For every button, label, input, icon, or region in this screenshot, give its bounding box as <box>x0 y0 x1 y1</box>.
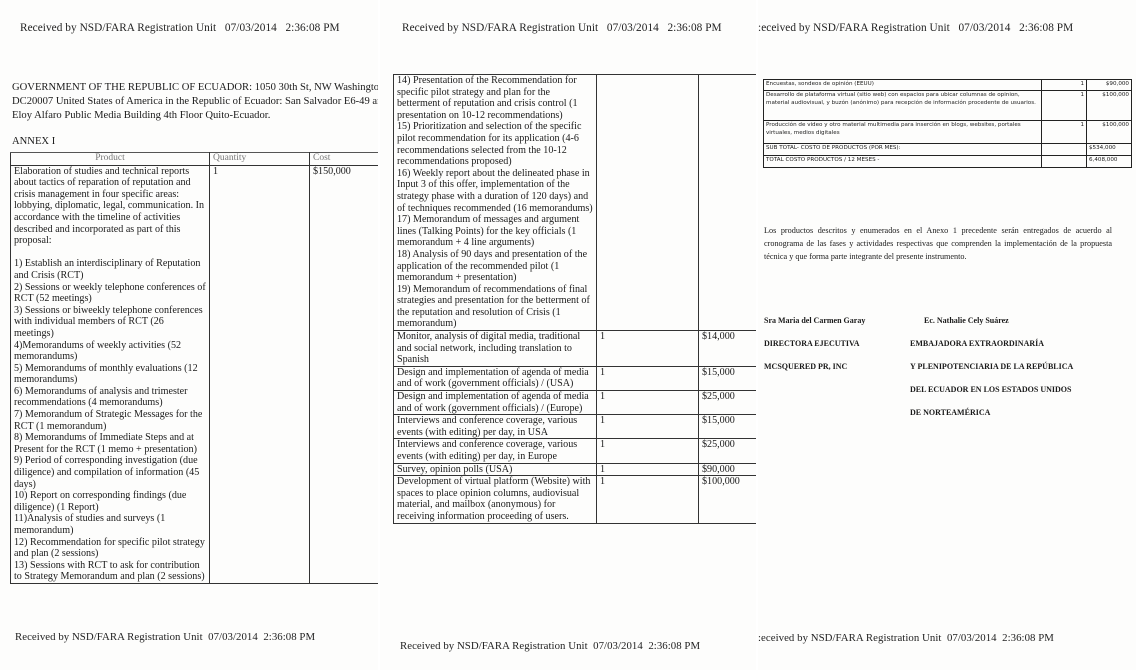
fara-received-stamp-footer: :eceived by NSD/FARA Registration Unit 0… <box>758 632 1054 644</box>
quantity-cell: 1 <box>597 331 699 367</box>
fara-received-stamp-footer: Received by NSD/FARA Registration Unit 0… <box>15 631 315 643</box>
stamp-time: 2:36:08 PM <box>667 22 721 34</box>
cost-cell: $25,000 <box>699 391 757 415</box>
product-cell: Interviews and conference coverage, vari… <box>394 439 597 463</box>
activity-item: 7) Memorandum of Strategic Messages for … <box>14 409 206 432</box>
signatory-title: Y PLENIPOTENCIARIA DE LA REPÚBLICA <box>910 362 1073 385</box>
document-page-2: Received by NSD/FARA Registration Unit 0… <box>380 0 756 670</box>
stamp-text: Received by NSD/FARA Registration Unit <box>402 22 598 34</box>
quantity-cell: 1 <box>597 476 699 523</box>
fara-received-stamp-footer: Received by NSD/FARA Registration Unit 0… <box>400 640 700 652</box>
product-cell: Interviews and conference coverage, vari… <box>394 415 597 439</box>
table-row-continued: 14) Presentation of the Recommendation f… <box>394 75 757 331</box>
activity-item: 9) Period of corresponding investigation… <box>14 455 206 490</box>
stamp-date: 07/03/2014 <box>225 22 277 34</box>
subtotal-row: SUB TOTAL- COSTO DE PRODUCTOS (POR MES):… <box>764 144 1132 156</box>
table-row: Design and implementation of agenda of m… <box>394 366 757 390</box>
total-value: 6,408,000 <box>1087 156 1132 168</box>
subtotal-value: $534,000 <box>1087 144 1132 156</box>
stamp-text: :eceived by NSD/FARA Registration Unit <box>758 22 950 34</box>
product-cell: Encuestas, sondeos de opinión (EEUU) <box>764 80 1042 91</box>
document-page-3: :eceived by NSD/FARA Registration Unit 0… <box>758 0 1136 670</box>
quantity-cell: 1 <box>1042 121 1087 144</box>
empty-cell <box>1042 144 1087 156</box>
product-cell: Design and implementation of agenda of m… <box>394 391 597 415</box>
product-cell: Development of virtual platform (Website… <box>394 476 597 523</box>
stamp-text: Received by NSD/FARA Registration Unit <box>15 631 203 643</box>
annex-table-continued: 14) Presentation of the Recommendation f… <box>393 74 756 524</box>
signatory-name: Sra Maria del Carmen Garay <box>764 316 865 339</box>
stamp-time: 2:36:08 PM <box>648 640 700 652</box>
product-cell: Desarrollo de plataforma virtual (sitio … <box>764 91 1042 121</box>
cost-cell: $25,000 <box>699 439 757 463</box>
activity-item: 15) Prioritization and selection of the … <box>397 121 593 167</box>
header-line: Eloy Alfaro Public Media Building 4th Fl… <box>12 109 378 123</box>
fara-received-stamp: Received by NSD/FARA Registration Unit 0… <box>20 22 340 34</box>
stamp-time: 2:36:08 PM <box>263 631 315 643</box>
table-row: Development of virtual platform (Website… <box>394 476 757 523</box>
closing-paragraph: Los productos descritos y enumerados en … <box>764 224 1112 263</box>
fara-received-stamp: Received by NSD/FARA Registration Unit 0… <box>402 22 722 34</box>
stamp-time: 2:36:08 PM <box>1002 632 1054 644</box>
government-address-header: GOVERNMENT OF THE REPUBLIC OF ECUADOR: 1… <box>12 81 378 124</box>
activity-list: 1) Establish an interdisciplinary of Rep… <box>14 258 206 583</box>
stamp-text: Received by NSD/FARA Registration Unit <box>400 640 588 652</box>
product-description: Elaboration of studies and technical rep… <box>14 166 206 247</box>
signatory-title: EMBAJADORA EXTRAORDINARÍA <box>910 339 1073 362</box>
header-line: DC20007 United States of America in the … <box>12 95 378 109</box>
document-page-1: Received by NSD/FARA Registration Unit 0… <box>0 0 378 670</box>
activity-item: 8) Memorandums of Immediate Steps and at… <box>14 432 206 455</box>
stamp-date: 07/03/2014 <box>593 640 643 652</box>
signatory-title: DIRECTORA EJECUTIVA <box>764 339 865 362</box>
quantity-cell: 1 <box>597 366 699 390</box>
cost-cell: $15,000 <box>699 415 757 439</box>
product-cell: 14) Presentation of the Recommendation f… <box>394 75 597 331</box>
signatory-title: DE NORTEAMÉRICA <box>910 408 1073 431</box>
header-line: GOVERNMENT OF THE REPUBLIC OF ECUADOR: 1… <box>12 81 378 95</box>
stamp-date: 07/03/2014 <box>958 22 1010 34</box>
activity-item: 19) Memorandum of recommendations of fin… <box>397 284 593 330</box>
cost-cell: $100,000 <box>1087 121 1132 144</box>
cost-cell: $150,000 <box>310 165 379 583</box>
cost-cell: $14,000 <box>699 331 757 367</box>
quantity-cell: 1 <box>597 391 699 415</box>
cost-cell: $15,000 <box>699 366 757 390</box>
column-header-product: Product <box>11 153 210 166</box>
annex-title: ANNEX I <box>12 136 55 147</box>
cost-cell: $90,000 <box>1087 80 1132 91</box>
activity-item: 2) Sessions or weekly telephone conferen… <box>14 282 206 305</box>
quantity-cell: 1 <box>210 165 310 583</box>
quantity-cell: 1 <box>597 439 699 463</box>
product-cell: Survey, opinion polls (USA) <box>394 463 597 476</box>
quantity-cell: 1 <box>1042 80 1087 91</box>
subtotal-label: SUB TOTAL- COSTO DE PRODUCTOS (POR MES): <box>764 144 1042 156</box>
signatory-block-right: Ec. Nathalie Cely Suárez EMBAJADORA EXTR… <box>910 316 1073 431</box>
activity-item: 5) Memorandums of monthly evaluations (1… <box>14 363 206 386</box>
table-row: Design and implementation of agenda of m… <box>394 391 757 415</box>
annex-table: Product Quantity Cost Elaboration of stu… <box>10 152 378 584</box>
stamp-date: 07/03/2014 <box>208 631 258 643</box>
stamp-time: 2:36:08 PM <box>1019 22 1073 34</box>
quantity-cell: 1 <box>597 463 699 476</box>
product-cell: Design and implementation of agenda of m… <box>394 366 597 390</box>
column-header-cost: Cost <box>310 153 379 166</box>
total-row: TOTAL COSTO PRODUCTOS / 12 MESES - 6,408… <box>764 156 1132 168</box>
stamp-date: 07/03/2014 <box>947 632 997 644</box>
activity-item: 3) Sessions or biweekly telephone confer… <box>14 305 206 340</box>
fara-received-stamp: :eceived by NSD/FARA Registration Unit 0… <box>758 22 1073 34</box>
signatory-name: Ec. Nathalie Cely Suárez <box>910 316 1073 339</box>
stamp-date: 07/03/2014 <box>607 22 659 34</box>
empty-cell <box>1042 156 1087 168</box>
cost-cell: $100,000 <box>1087 91 1132 121</box>
table-row: Survey, opinion polls (USA)1$90,000 <box>394 463 757 476</box>
activity-item: 13) Sessions with RCT to ask for contrib… <box>14 560 206 583</box>
activity-item: 14) Presentation of the Recommendation f… <box>397 75 593 121</box>
stamp-text: :eceived by NSD/FARA Registration Unit <box>758 632 941 644</box>
column-header-quantity: Quantity <box>210 153 310 166</box>
stamp-time: 2:36:08 PM <box>285 22 339 34</box>
activity-item: 17) Memorandum of messages and argument … <box>397 214 593 249</box>
activity-item: 12) Recommendation for specific pilot st… <box>14 537 206 560</box>
table-row: Elaboration of studies and technical rep… <box>11 165 379 583</box>
activity-item: 10) Report on corresponding findings (du… <box>14 490 206 513</box>
stamp-text: Received by NSD/FARA Registration Unit <box>20 22 216 34</box>
total-label: TOTAL COSTO PRODUCTOS / 12 MESES - <box>764 156 1042 168</box>
product-cell: Producción de video y otro material mult… <box>764 121 1042 144</box>
quantity-cell <box>597 75 699 331</box>
signatory-title: DEL ECUADOR EN LOS ESTADOS UNIDOS <box>910 385 1073 408</box>
table-row: Monitor, analysis of digital media, trad… <box>394 331 757 367</box>
cost-cell: $90,000 <box>699 463 757 476</box>
quantity-cell: 1 <box>1042 91 1087 121</box>
signatory-organization: MCSQUERED PR, INC <box>764 362 865 385</box>
activity-item: 1) Establish an interdisciplinary of Rep… <box>14 258 206 281</box>
table-row: Desarrollo de plataforma virtual (sitio … <box>764 91 1132 121</box>
table-row: Producción de video y otro material mult… <box>764 121 1132 144</box>
activity-item: 11)Analysis of studies and surveys (1 me… <box>14 513 206 536</box>
activity-item: 18) Analysis of 90 days and presentation… <box>397 249 593 284</box>
cost-cell: $100,000 <box>699 476 757 523</box>
table-header-row: Product Quantity Cost <box>11 153 379 166</box>
cost-cell <box>699 75 757 331</box>
table-row: Interviews and conference coverage, vari… <box>394 439 757 463</box>
signatory-block-left: Sra Maria del Carmen Garay DIRECTORA EJE… <box>764 316 865 385</box>
activity-item: 6) Memorandums of analysis and trimester… <box>14 386 206 409</box>
product-cell: Monitor, analysis of digital media, trad… <box>394 331 597 367</box>
spanish-cost-table: Encuestas, sondeos de opinión (EEUU) 1 $… <box>763 79 1132 168</box>
table-row: Encuestas, sondeos de opinión (EEUU) 1 $… <box>764 80 1132 91</box>
quantity-cell: 1 <box>597 415 699 439</box>
activity-item: 4)Memorandums of weekly activities (52 m… <box>14 340 206 363</box>
product-cell: Elaboration of studies and technical rep… <box>11 165 210 583</box>
activity-item: 16) Weekly report about the delineated p… <box>397 168 593 214</box>
table-row: Interviews and conference coverage, vari… <box>394 415 757 439</box>
